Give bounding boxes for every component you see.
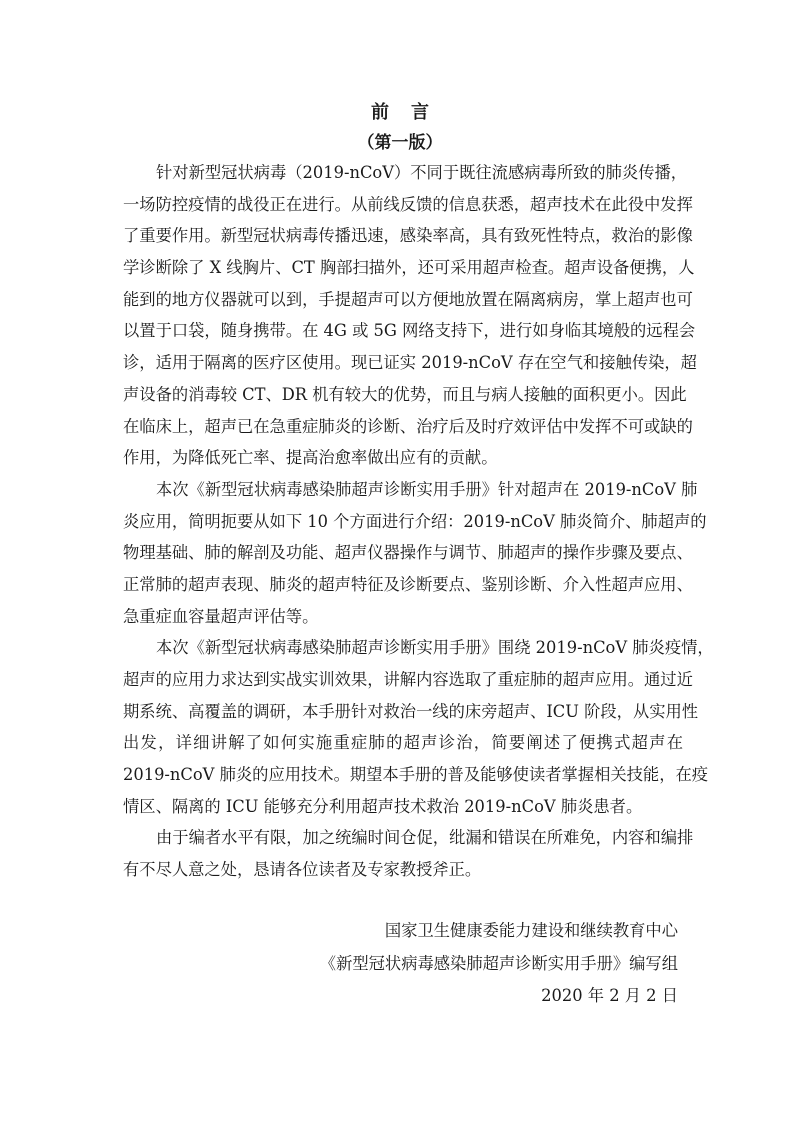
paragraph-3: 本次《新型冠状病毒感染肺超声诊断实用手册》围绕 2019-nCoV 肺炎疫情， … [123, 635, 683, 825]
text-line: 出发，详细讲解了如何实施重症肺的超声诊治，简要阐述了便携式超声在 [123, 730, 683, 762]
page-subtitle: （第一版） [0, 130, 800, 156]
text-line: 本次《新型冠状病毒感染肺超声诊断实用手册》针对超声在 2019-nCoV 肺 [123, 477, 683, 509]
text-line: 声设备的消毒较 CT、DR 机有较大的优势，而且与病人接触的面积更小。因此 [123, 382, 683, 414]
text-line: 能到的地方仪器就可以到，手提超声可以方便地放置在隔离病房，掌上超声也可 [123, 287, 683, 319]
text-line: 超声的应用力求达到实战实训效果，讲解内容选取了重症肺的超声应用。通过近 [123, 667, 683, 699]
signature-date: 2020 年 2 月 2 日 [320, 983, 678, 1016]
text-line: 诊，适用于隔离的医疗区使用。现已证实 2019-nCoV 存在空气和接触传染，超 [123, 350, 683, 382]
text-line: 了重要作用。新型冠状病毒传播迅速，感染率高，具有致死性特点，救治的影像 [123, 223, 683, 255]
paragraph-4: 由于编者水平有限，加之统编时间仓促，纰漏和错误在所难免，内容和编排 有不尽人意之… [123, 825, 683, 888]
text-line: 2019-nCoV 肺炎的应用技术。期望本手册的普及能够使读者掌握相关技能，在疫 [123, 762, 683, 794]
text-line: 由于编者水平有限，加之统编时间仓促，纰漏和错误在所难免，内容和编排 [123, 825, 683, 857]
text-line: 作用，为降低死亡率、提高治愈率做出应有的贡献。 [123, 445, 683, 477]
text-line: 针对新型冠状病毒（2019-nCoV）不同于既往流感病毒所致的肺炎传播， [123, 160, 683, 192]
text-line: 期系统、高覆盖的调研，本手册针对救治一线的床旁超声、ICU 阶段，从实用性 [123, 699, 683, 731]
text-line: 以置于口袋，随身携带。在 4G 或 5G 网络支持下，进行如身临其境般的远程会 [123, 318, 683, 350]
text-line: 炎应用，简明扼要从如下 10 个方面进行介绍：2019-nCoV 肺炎简介、肺超… [123, 509, 683, 541]
text-line: 一场防控疫情的战役正在进行。从前线反馈的信息获悉，超声技术在此役中发挥 [123, 192, 683, 224]
text-line: 本次《新型冠状病毒感染肺超声诊断实用手册》围绕 2019-nCoV 肺炎疫情， [123, 635, 683, 667]
page-title: 前言 [0, 100, 800, 126]
paragraph-1: 针对新型冠状病毒（2019-nCoV）不同于既往流感病毒所致的肺炎传播， 一场防… [123, 160, 683, 477]
text-line: 在临床上，超声已在急重症肺炎的诊断、治疗后及时疗效评估中发挥不可或缺的 [123, 414, 683, 446]
preface-body: 针对新型冠状病毒（2019-nCoV）不同于既往流感病毒所致的肺炎传播， 一场防… [123, 160, 683, 889]
text-line: 有不尽人意之处，恳请各位读者及专家教授斧正。 [123, 857, 683, 889]
document-page: 前言 （第一版） 针对新型冠状病毒（2019-nCoV）不同于既往流感病毒所致的… [0, 0, 800, 1131]
text-line: 情区、隔离的 ICU 能够充分利用超声技术救治 2019-nCoV 肺炎患者。 [123, 794, 683, 826]
text-line: 物理基础、肺的解剖及功能、超声仪器操作与调节、肺超声的操作步骤及要点、 [123, 540, 683, 572]
text-line: 学诊断除了 X 线胸片、CT 胸部扫描外，还可采用超声检查。超声设备便携，人 [123, 255, 683, 287]
paragraph-2: 本次《新型冠状病毒感染肺超声诊断实用手册》针对超声在 2019-nCoV 肺 炎… [123, 477, 683, 635]
signature-group: 《新型冠状病毒感染肺超声诊断实用手册》编写组 [320, 951, 678, 984]
signature-block: 国家卫生健康委能力建设和继续教育中心 《新型冠状病毒感染肺超声诊断实用手册》编写… [320, 918, 678, 1016]
text-line: 正常肺的超声表现、肺炎的超声特征及诊断要点、鉴别诊断、介入性超声应用、 [123, 572, 683, 604]
signature-organization: 国家卫生健康委能力建设和继续教育中心 [320, 918, 678, 951]
text-line: 急重症血容量超声评估等。 [123, 604, 683, 636]
